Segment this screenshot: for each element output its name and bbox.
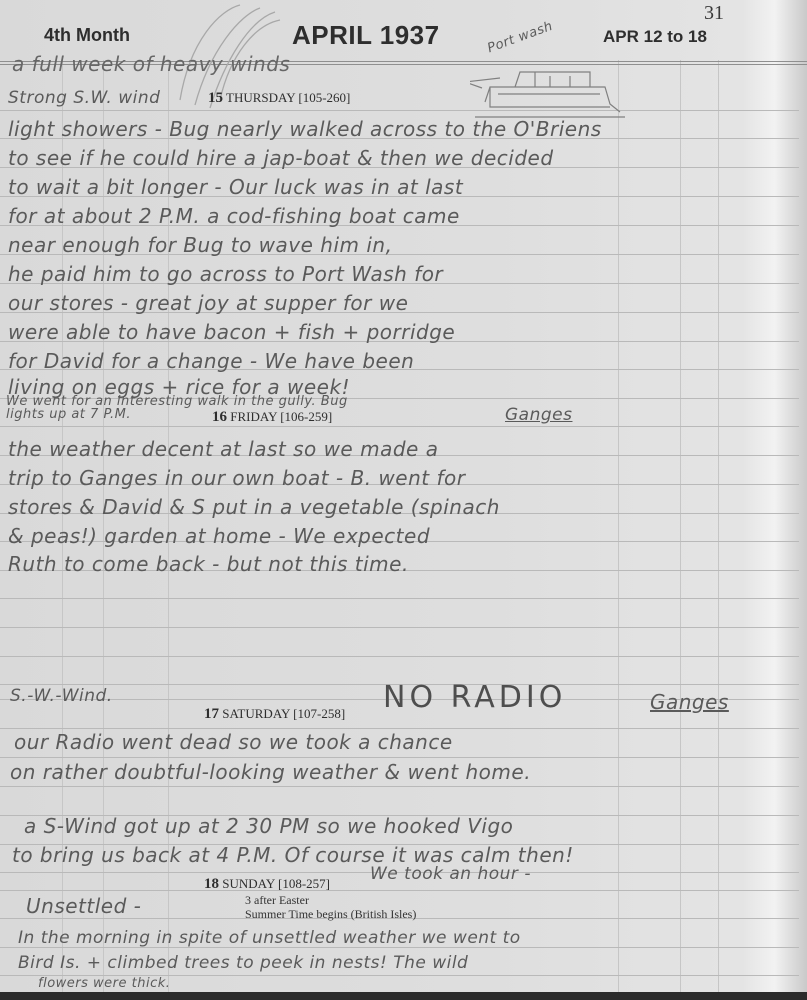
entry-line: to see if he could hire a jap-boat & the… bbox=[8, 146, 554, 170]
ruled-line bbox=[0, 627, 799, 628]
printed-note: 3 after Easter bbox=[245, 893, 309, 907]
ledger-line bbox=[718, 60, 719, 992]
place-note-ganges: Ganges bbox=[650, 690, 729, 714]
date-range: APR 12 to 18 bbox=[603, 27, 707, 47]
ruled-line bbox=[0, 110, 799, 111]
entry-line: Ruth to come back - but not this time. bbox=[8, 552, 409, 576]
page-bottom-edge bbox=[0, 992, 807, 1000]
day-name: SUNDAY bbox=[222, 876, 275, 891]
month-label: 4th Month bbox=[44, 25, 130, 46]
day-name: THURSDAY bbox=[226, 90, 295, 105]
ruled-line bbox=[0, 786, 799, 787]
weather-note-15: Strong S.W. wind bbox=[8, 88, 160, 108]
day-number: 17 bbox=[204, 706, 219, 722]
day-heading-15: 15 THURSDAY [105-260] bbox=[208, 90, 350, 107]
entry-line: trip to Ganges in our own boat - B. went… bbox=[8, 466, 465, 490]
boat-sketch-icon bbox=[470, 62, 630, 122]
entry-line: & peas!) garden at home - We expected bbox=[8, 524, 430, 548]
entry-line: Bird Is. + climbed trees to peek in nest… bbox=[18, 953, 468, 973]
day-number: 15 bbox=[208, 90, 223, 106]
ruled-line bbox=[0, 598, 799, 599]
week-note: a full week of heavy winds bbox=[12, 52, 290, 76]
ledger-line bbox=[680, 60, 681, 992]
day-heading-18: 18 SUNDAY [108-257] bbox=[204, 876, 330, 893]
margin-note-port-wash: Port wash bbox=[485, 19, 554, 57]
day-counter: [107-258] bbox=[293, 706, 345, 721]
entry-line: In the morning in spite of unsettled wea… bbox=[18, 928, 521, 948]
printed-note: Summer Time begins (British Isles) bbox=[245, 907, 416, 921]
entry-line: to wait a bit longer - Our luck was in a… bbox=[8, 175, 463, 199]
entry-line: he paid him to go across to Port Wash fo… bbox=[8, 262, 443, 286]
day-name: SATURDAY bbox=[222, 706, 290, 721]
day-heading-16: 16 FRIDAY [106-259] bbox=[212, 409, 332, 426]
day-counter: [105-260] bbox=[298, 90, 350, 105]
day-counter: [106-259] bbox=[280, 409, 332, 424]
entry-line: stores & David & S put in a vegetable (s… bbox=[8, 495, 500, 519]
day-number: 16 bbox=[212, 409, 227, 425]
no-radio-note: NO RADIO bbox=[383, 680, 566, 715]
entry-line: for David for a change - We have been bbox=[8, 349, 414, 373]
entry-line: our stores - great joy at supper for we bbox=[8, 291, 408, 315]
entry-line: flowers were thick. bbox=[38, 976, 170, 991]
inserted-word-ganges: Ganges bbox=[505, 405, 572, 425]
ruled-line bbox=[0, 426, 799, 427]
ruled-line bbox=[0, 728, 799, 729]
day-name: FRIDAY bbox=[230, 409, 277, 424]
ledger-line bbox=[618, 60, 619, 992]
day-counter: [108-257] bbox=[278, 876, 330, 891]
ruled-line bbox=[0, 890, 799, 891]
entry-line: We took an hour - bbox=[370, 864, 531, 884]
entry-line: near enough for Bug to wave him in, bbox=[8, 233, 392, 257]
weather-note-17: S.-W.-Wind. bbox=[10, 686, 113, 706]
ruled-line bbox=[0, 757, 799, 758]
page-title: APRIL 1937 bbox=[292, 20, 440, 51]
entry-line: the weather decent at last so we made a bbox=[8, 437, 438, 461]
margin-note: lights up at 7 P.M. bbox=[6, 407, 131, 422]
entry-line: were able to have bacon + fish + porridg… bbox=[8, 320, 455, 344]
entry-line: a S-Wind got up at 2 30 PM so we hooked … bbox=[24, 814, 513, 838]
ruled-line bbox=[0, 656, 799, 657]
entry-line: our Radio went dead so we took a chance bbox=[14, 730, 453, 754]
entry-line: light showers - Bug nearly walked across… bbox=[8, 117, 602, 141]
day-number: 18 bbox=[204, 876, 219, 892]
entry-line: for at about 2 P.M. a cod-fishing boat c… bbox=[8, 204, 460, 228]
day-heading-17: 17 SATURDAY [107-258] bbox=[204, 706, 345, 723]
page-number: 31 bbox=[704, 2, 724, 25]
weather-note-18: Unsettled - bbox=[26, 894, 141, 918]
entry-line: on rather doubtful-looking weather & wen… bbox=[10, 760, 531, 784]
diary-page: 31 4th Month APRIL 1937 APR 12 to 18 a f… bbox=[0, 0, 807, 992]
